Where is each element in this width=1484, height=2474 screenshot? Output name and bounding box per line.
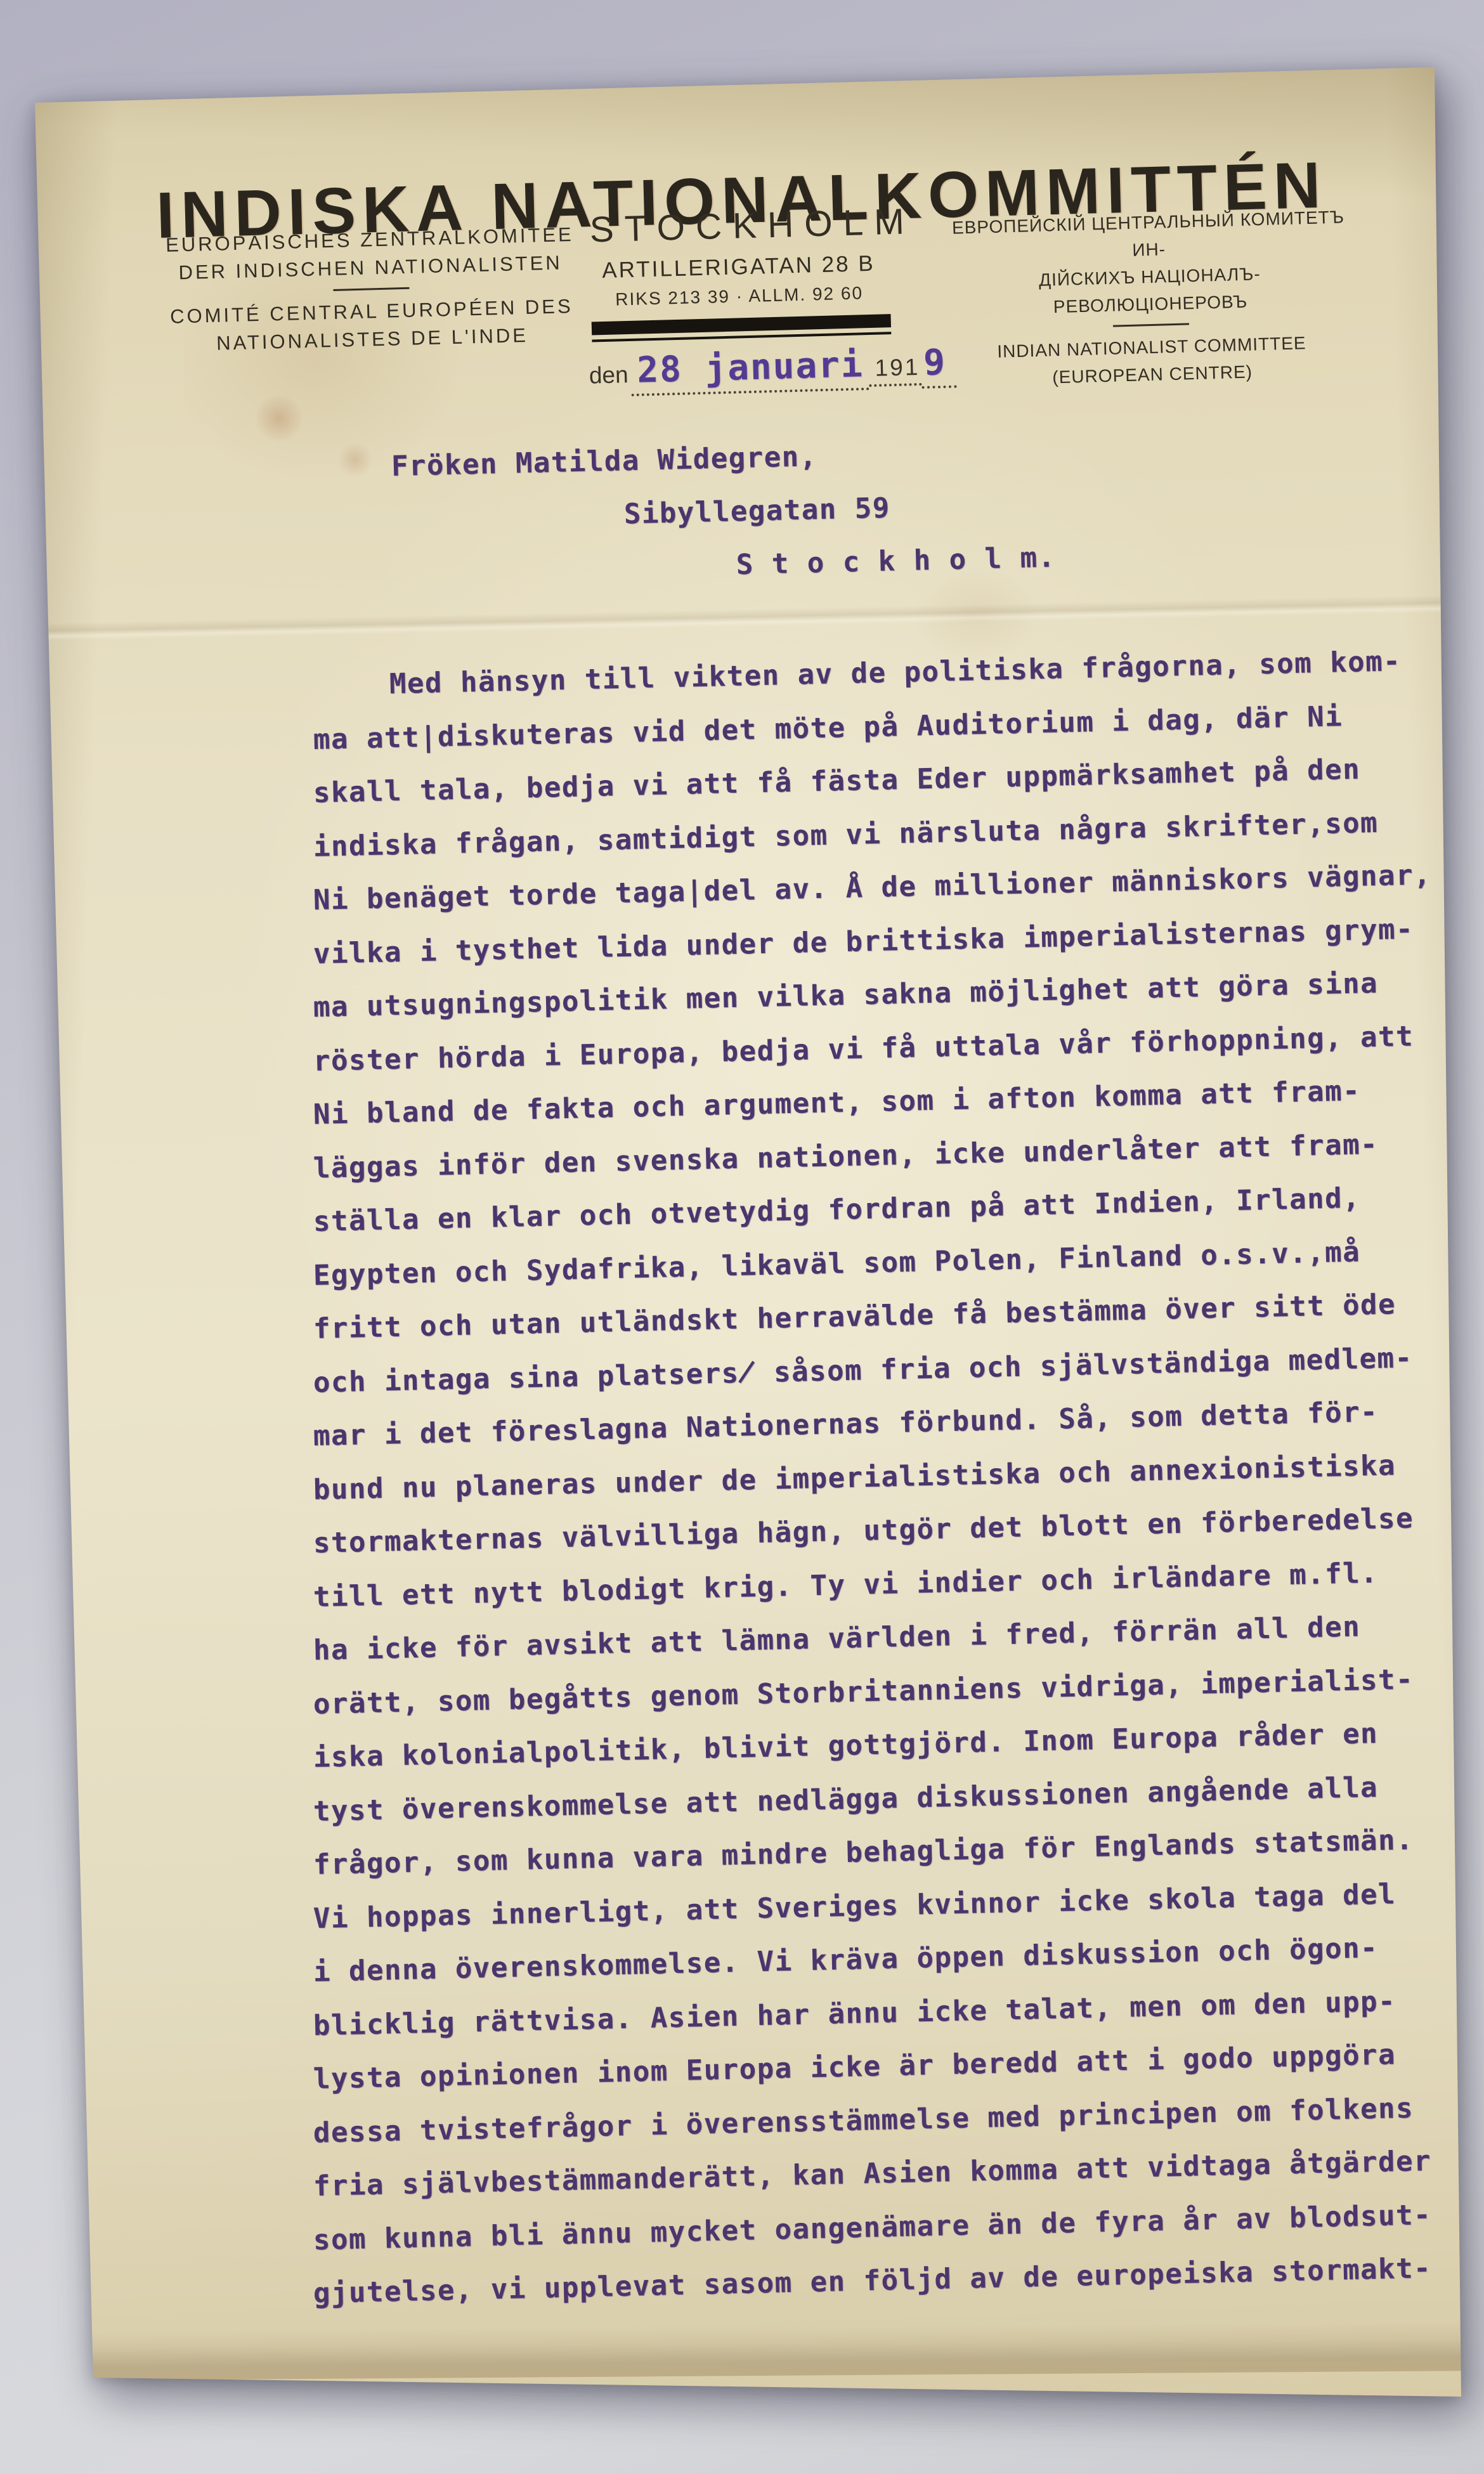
paper-stain <box>336 438 374 482</box>
letterhead-right-block: ЕВРОПЕЙСКІЙ ЦЕНТРАЛЬНЫЙ КОМИТЕТЪ ИН- ДІЙ… <box>945 203 1356 394</box>
printed-year: 191 <box>868 354 921 387</box>
recipient-address: Fröken Matilda Widegren, Sibyllegatan 59… <box>391 424 1056 600</box>
divider-rule <box>1113 323 1189 327</box>
letterhead-right-line: ДІЙСКИХЪ НАЦІОНАЛЪ-РЕВОЛЮЦІОНЕРОВЪ <box>946 257 1353 323</box>
fold-crease-top <box>38 595 1459 641</box>
recipient-street: Sibyllegatan 59 <box>623 478 1055 541</box>
divider-rule <box>333 287 409 291</box>
paper-stain <box>254 387 304 450</box>
date-line: den 28 januari 191 9 <box>589 343 901 398</box>
typed-date: 28 januari <box>630 344 869 396</box>
letterhead-thick-rule <box>592 314 891 335</box>
street-address: ARTILLERIGATAN 28 B <box>580 251 897 284</box>
letter-body: Med hänsyn till vikten av de politiska f… <box>313 660 1410 2321</box>
fold-crease-bottom <box>51 2321 1478 2381</box>
photo-backdrop: INDISKA NATIONALKOMMITTÉN EUROPÄISCHES Z… <box>0 0 1484 2474</box>
phone-numbers: RIKS 213 39 · ALLM. 92 60 <box>580 282 898 311</box>
letter-paper: INDISKA NATIONALKOMMITTÉN EUROPÄISCHES Z… <box>0 0 1484 2474</box>
paper-shadow: INDISKA NATIONALKOMMITTÉN EUROPÄISCHES Z… <box>0 0 1484 2474</box>
date-prefix: den <box>589 361 628 389</box>
letterhead-center-block: STOCKHOLM ARTILLERIGATAN 28 B RIKS 213 3… <box>578 201 901 398</box>
recipient-city: S t o c k h o l m. <box>736 531 1057 592</box>
city-label: STOCKHOLM <box>578 201 897 251</box>
letterhead-left-block: EUROPÄISCHES ZENTRALKOMITEE DER INDISCHE… <box>162 221 580 359</box>
